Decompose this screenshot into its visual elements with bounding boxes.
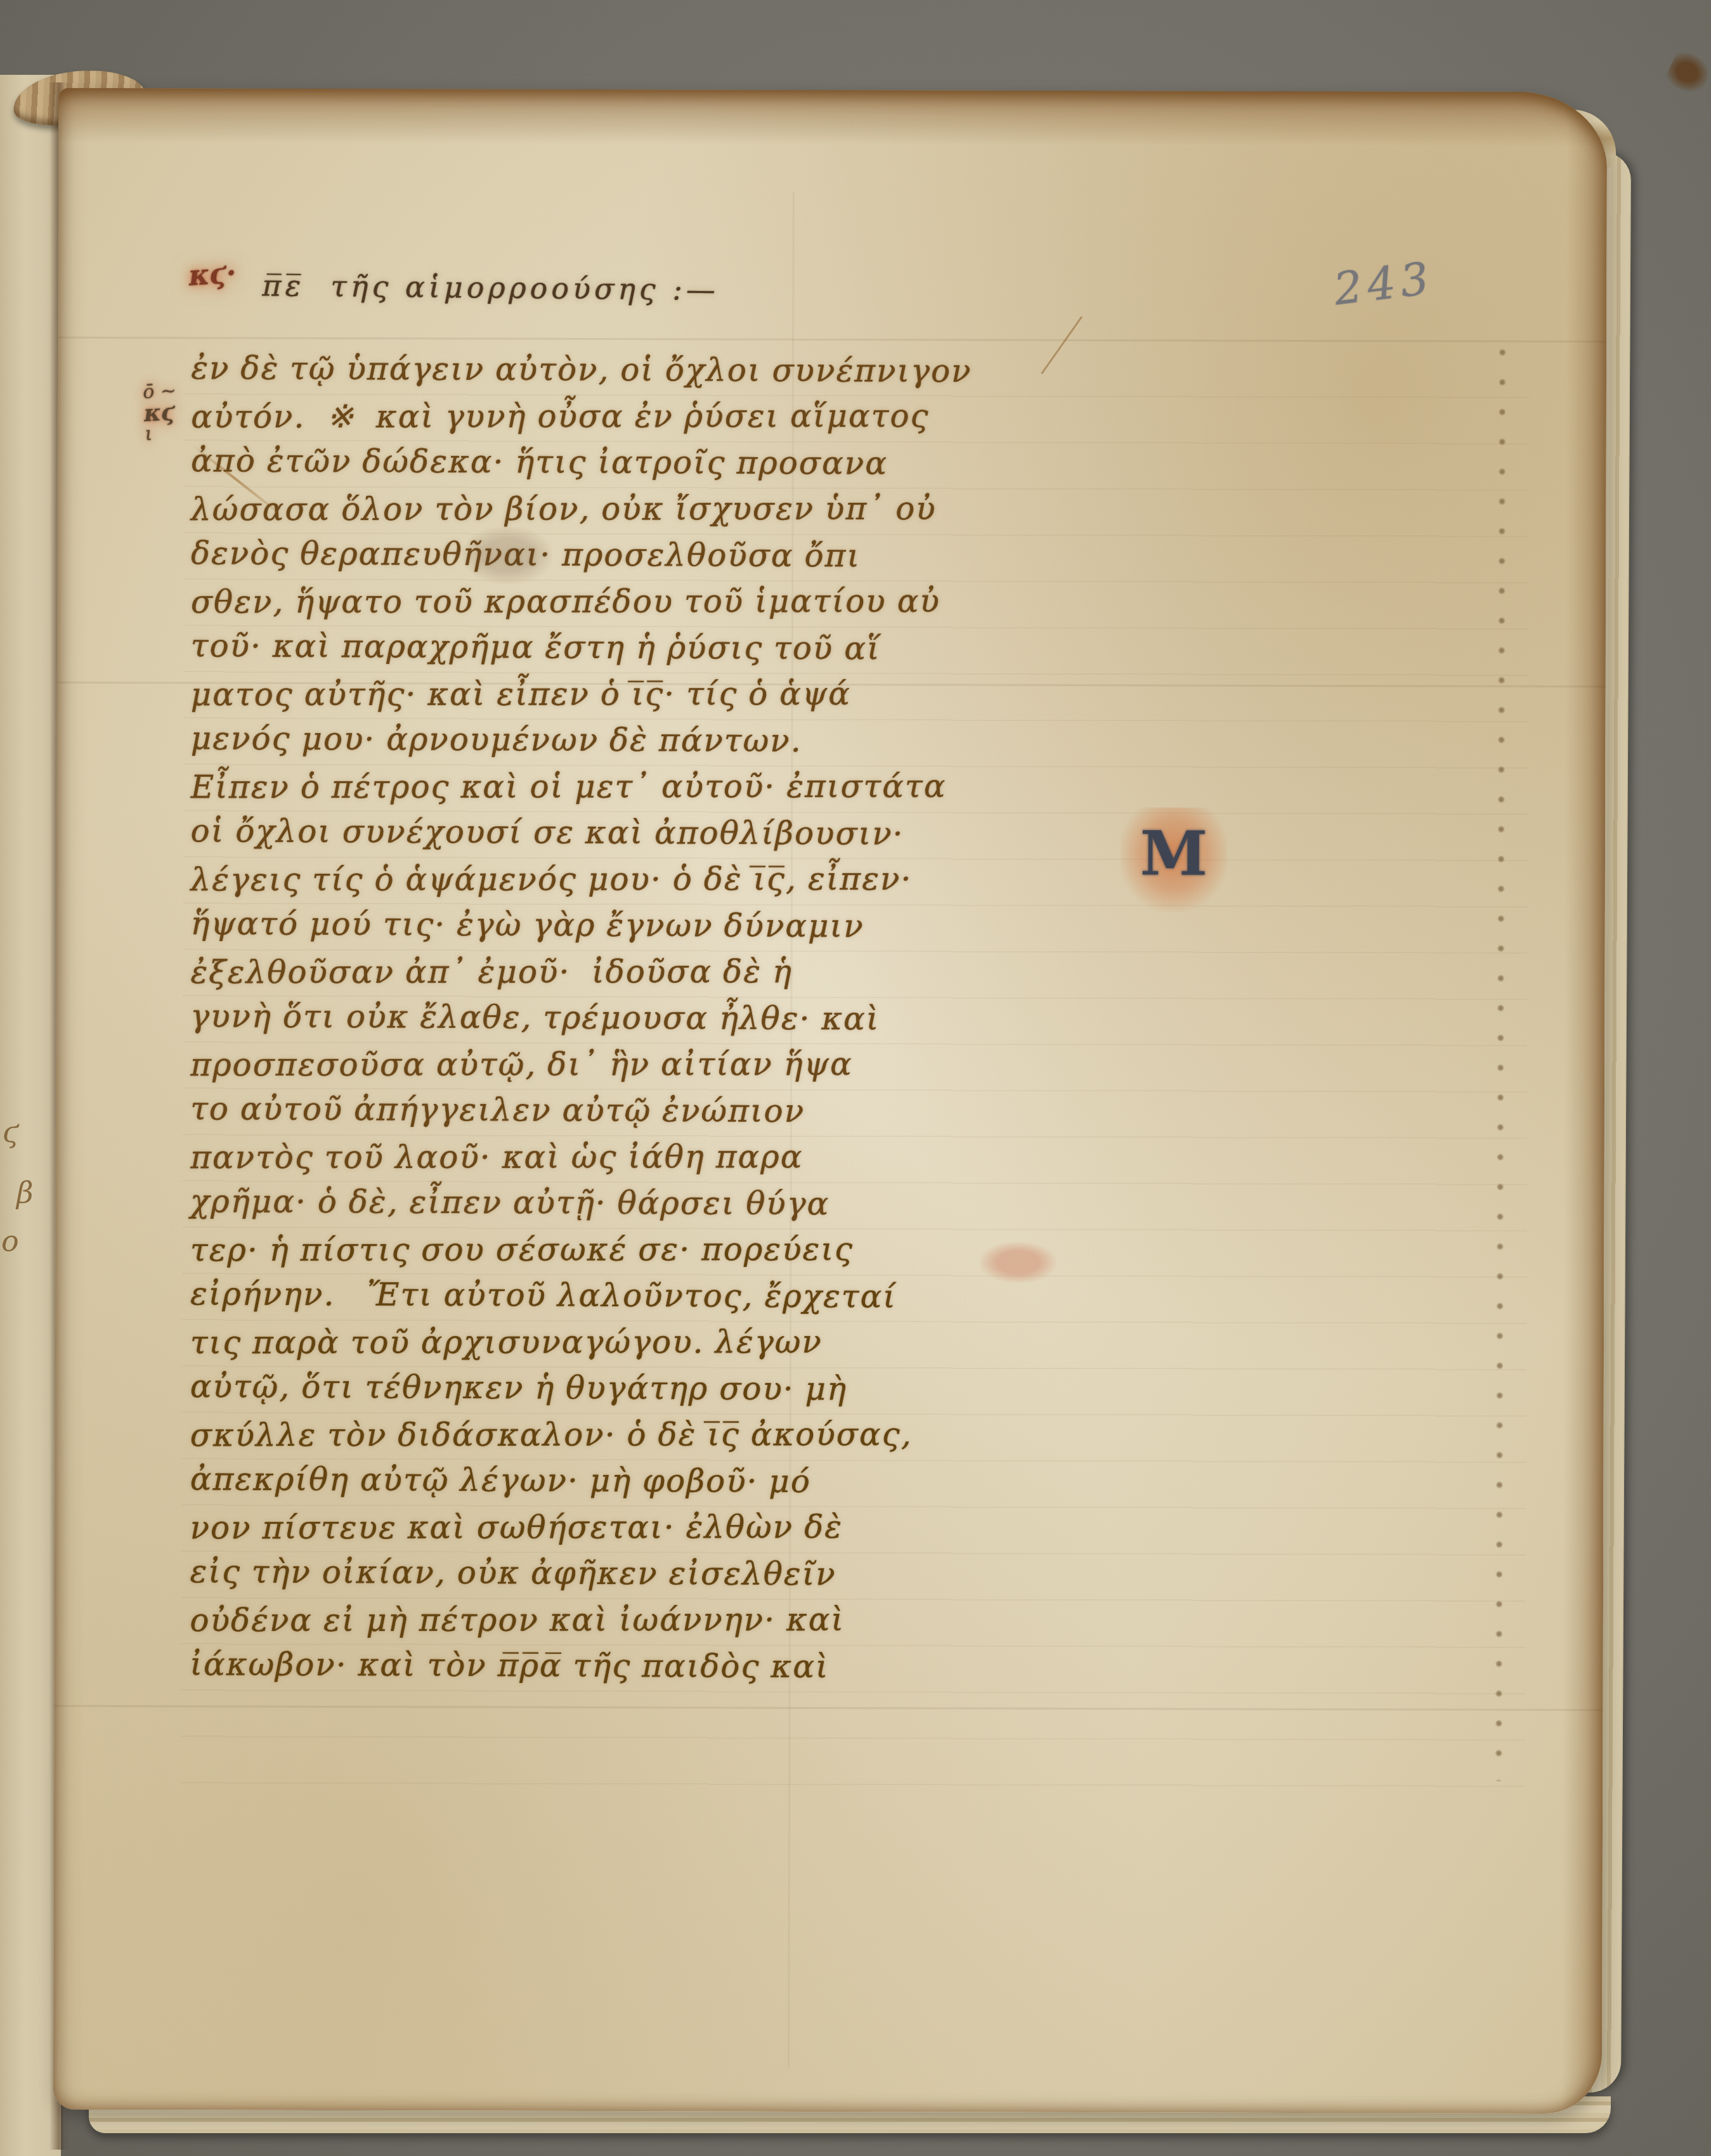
text-line: ἰάκωβον· καὶ τὸν π̅ρ̅α̅ τῆς παιδὸς καὶ	[190, 1641, 1154, 1691]
text-line: ἀπεκρίθη αὐτῷ λέγων· μὴ φοβοῦ· μό	[190, 1456, 1154, 1506]
text-line: μενός μου· ἀρνουμένων δὲ πάντων.	[191, 715, 1155, 765]
text-line: δενὸς θεραπευθῆναι· προσελθοῦσα ὄπι	[191, 530, 1155, 580]
manuscript-photo: ϛ β ο κϛ· π̅ε̅ τῆς αἱμορροούσης :— 243 ο…	[0, 0, 1711, 2156]
text-line: νον πίστευε καὶ σωθήσεται· ἐλθὼν δὲ	[190, 1503, 1154, 1551]
debris-speck	[1663, 48, 1711, 98]
burned-right-edge	[1561, 92, 1607, 2114]
text-line: οἱ ὄχλοι συνέχουσί σε καὶ ἀποθλίβουσιν·	[190, 808, 1154, 858]
text-line: αὐτῷ, ὅτι τέθνηκεν ἡ θυγάτηρ σου· μὴ	[190, 1363, 1154, 1413]
text-line: λώσασα ὅλον τὸν βίον, οὐκ ἴσχυσεν ὑπ᾽ οὐ	[191, 485, 1155, 533]
red-stain	[980, 1242, 1056, 1283]
text-line: το αὐτοῦ ἀπήγγειλεν αὐτῷ ἐνώπιον	[190, 1086, 1154, 1136]
crease	[58, 337, 1606, 342]
text-line: χρῆμα· ὁ δὲ, εἶπεν αὐτῇ· θάρσει θύγα	[190, 1178, 1154, 1228]
lection-title: π̅ε̅ τῆς αἱμορροούσης :—	[262, 268, 719, 307]
text-line: παντὸς τοῦ λαοῦ· καὶ ὡς ἰάθη παρα	[190, 1133, 1154, 1181]
text-line: προσπεσοῦσα αὐτῷ, δι᾽ ἣν αἰτίαν ἥψα	[190, 1041, 1154, 1088]
text-line: τις παρὰ τοῦ ἀρχισυναγώγου. λέγων	[190, 1318, 1154, 1366]
ink-smudge	[463, 526, 552, 583]
text-line: γυνὴ ὅτι οὐκ ἔλαθε, τρέμουσα ἦλθε· καὶ	[190, 993, 1154, 1043]
text-line: τοῦ· καὶ παραχρῆμα ἔστη ἡ ῥύσις τοῦ αἵ	[191, 623, 1155, 673]
parchment-page: κϛ· π̅ε̅ τῆς αἱμορροούσης :— 243 ο̄ ~ κϛ…	[53, 88, 1607, 2114]
text-line: αὐτόν. ※ καὶ γυνὴ οὖσα ἐν ῥύσει αἵματος	[191, 393, 1155, 440]
folio-number: 243	[1331, 252, 1436, 315]
kephalaion-number: κϛ·	[188, 257, 237, 292]
facing-page-letter: β	[16, 1176, 34, 1210]
text-line: Εἶπεν ὁ πέτρος καὶ οἱ μετ᾽ αὐτοῦ· ἐπιστά…	[191, 763, 1155, 810]
text-line: ἥψατό μού τις· ἐγὼ γὰρ ἔγνων δύναμιν	[190, 900, 1154, 951]
text-line: σκύλλε τὸν διδάσκαλον· ὁ δὲ ι̅ς̅ ἀκούσας…	[190, 1411, 1154, 1458]
text-line: λέγεις τίς ὁ ἁψάμενός μου· ὁ δὲ ι̅ς̅, εἶ…	[190, 855, 1154, 903]
text-line: ἐν δὲ τῷ ὑπάγειν αὐτὸν, οἱ ὄχλοι συνέπνι…	[191, 345, 1155, 395]
facing-page-letter: ϛ	[3, 1115, 19, 1149]
text-line: ἐξελθοῦσαν ἀπ᾽ ἐμοῦ· ἰδοῦσα δὲ ἡ	[190, 948, 1154, 996]
text-line: ματος αὐτῆς· καὶ εἶπεν ὁ ι̅ς̅· τίς ὁ ἁψά	[191, 670, 1155, 718]
text-line: ἀπὸ ἐτῶν δώδεκα· ἥτις ἰατροῖς προσανα	[191, 438, 1155, 488]
text-line: οὐδένα εἰ μὴ πέτρον καὶ ἰωάννην· καὶ	[190, 1596, 1154, 1644]
text-line: σθεν, ἥψατο τοῦ κρασπέδου τοῦ ἱματίου αὐ	[191, 578, 1155, 625]
manuscript-text-block: ἐν δὲ τῷ ὑπάγειν αὐτὸν, οἱ ὄχλοι συνέπνι…	[190, 347, 1155, 1690]
text-line: εἰς τὴν οἰκίαν, οὐκ ἀφῆκεν εἰσελθεῖν	[190, 1549, 1154, 1599]
facing-page-letter: ο	[1, 1224, 19, 1258]
burned-top-edge	[58, 88, 1607, 146]
prick-marks	[1485, 348, 1516, 1781]
